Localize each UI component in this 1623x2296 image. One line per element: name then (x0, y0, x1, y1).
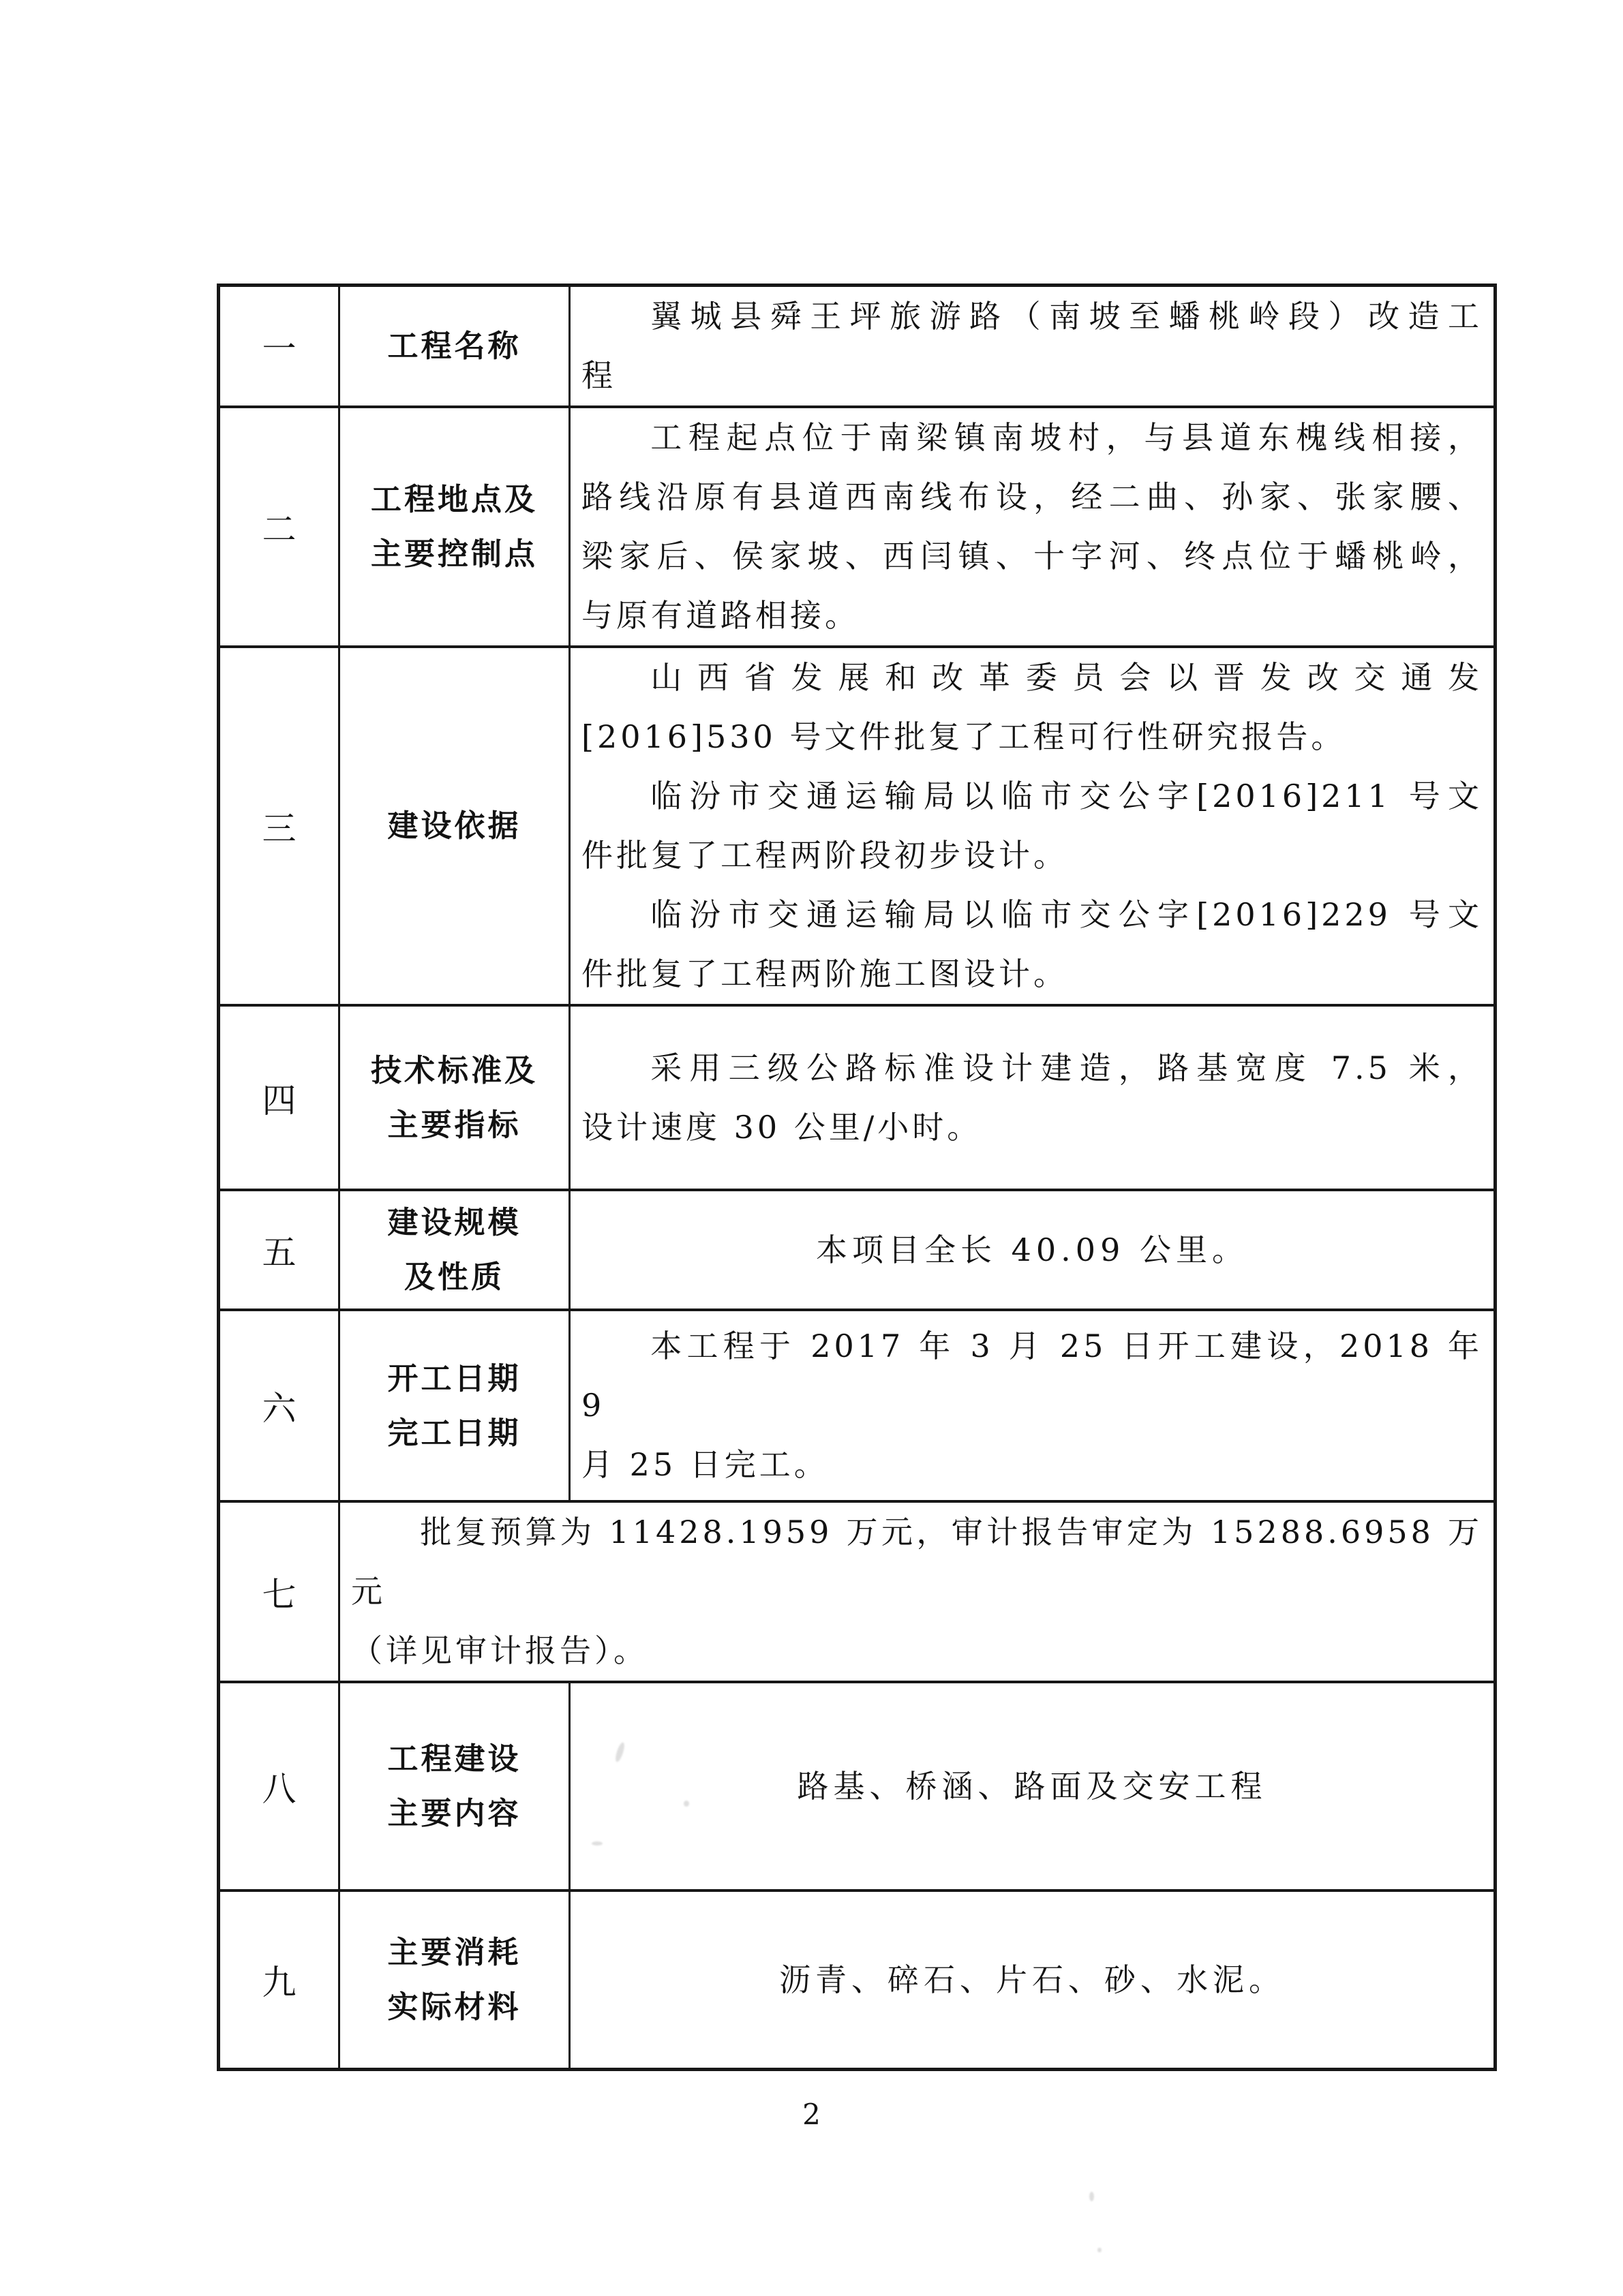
label-line: 主要消耗 (387, 1925, 521, 1980)
content-line: 梁家后、侯家坡、西闫镇、十字河、终点位于蟠桃岭， (581, 527, 1483, 586)
content-line: [2016]530 号文件批复了工程可行性研究报告。 (581, 707, 1483, 767)
content-line: 工程起点位于南梁镇南坡村，与县道东槐线相接， (581, 408, 1483, 468)
row-content: 山西省发展和改革委员会以晋发改交通发 [2016]530 号文件批复了工程可行性… (571, 648, 1493, 1004)
content-line: 程 (581, 346, 1483, 405)
scan-smudge (684, 1801, 689, 1807)
row-ordinal: 九 (220, 1892, 340, 2068)
row-content: 批复预算为 11428.1959 万元，审计报告审定为 15288.6958 万… (340, 1503, 1493, 1681)
row-content: 本工程于 2017 年 3 月 25 日开工建设，2018 年 9 月 25 日… (571, 1311, 1493, 1500)
content-line: 批复预算为 11428.1959 万元，审计报告审定为 15288.6958 万… (351, 1503, 1483, 1621)
content-line: 本项目全长 40.09 公里。 (581, 1221, 1483, 1280)
label-line: 及性质 (404, 1250, 504, 1304)
table-row-9: 九 主要消耗 实际材料 沥青、碎石、片石、砂、水泥。 (220, 1892, 1493, 2068)
label-line: 实际材料 (387, 1980, 521, 2034)
label-line: 主要指标 (387, 1098, 521, 1152)
row-label: 工程名称 (340, 287, 571, 405)
label-line: 技术标准及 (371, 1043, 538, 1098)
row-content: 本项目全长 40.09 公里。 (571, 1191, 1493, 1308)
content-line: 临汾市交通运输局以临市交公字[2016]211 号文 (581, 767, 1483, 826)
row-content: 翼城县舜王坪旅游路（南坡至蟠桃岭段）改造工 程 (571, 287, 1493, 405)
table-row-7: 七 批复预算为 11428.1959 万元，审计报告审定为 15288.6958… (220, 1503, 1493, 1683)
label-line: 开工日期 (387, 1351, 521, 1406)
row-ordinal: 七 (220, 1503, 340, 1681)
content-line: 设计速度 30 公里/小时。 (581, 1098, 1483, 1157)
table-row-1: 一 工程名称 翼城县舜王坪旅游路（南坡至蟠桃岭段）改造工 程 (220, 287, 1493, 408)
content-line: 翼城县舜王坪旅游路（南坡至蟠桃岭段）改造工 (581, 287, 1483, 346)
row-content: 采用三级公路标准设计建造，路基宽度 7.5 米， 设计速度 30 公里/小时。 (571, 1007, 1493, 1189)
row-label: 技术标准及 主要指标 (340, 1007, 571, 1189)
row-label: 工程地点及 主要控制点 (340, 408, 571, 645)
scan-smudge (1097, 2248, 1102, 2252)
scan-smudge (1089, 2192, 1094, 2201)
row-label: 建设规模 及性质 (340, 1191, 571, 1308)
content-line: 件批复了工程两阶施工图设计。 (581, 945, 1483, 1004)
row-content: 沥青、碎石、片石、砂、水泥。 (571, 1892, 1493, 2068)
row-content: 工程起点位于南梁镇南坡村，与县道东槐线相接， 路线沿原有县道西南线布设，经二曲、… (571, 408, 1493, 645)
row-label: 工程建设 主要内容 (340, 1683, 571, 1889)
content-line: 沥青、碎石、片石、砂、水泥。 (581, 1950, 1483, 2010)
project-summary-table: 一 工程名称 翼城县舜王坪旅游路（南坡至蟠桃岭段）改造工 程 二 工程地点及 主… (217, 284, 1497, 2071)
content-line: 路基、桥涵、路面及交安工程 (581, 1757, 1483, 1816)
scan-smudge (592, 1841, 603, 1846)
table-row-8: 八 工程建设 主要内容 路基、桥涵、路面及交安工程 (220, 1683, 1493, 1892)
content-line: 件批复了工程两阶段初步设计。 (581, 826, 1483, 885)
label-line: 工程名称 (387, 319, 521, 373)
row-ordinal: 四 (220, 1007, 340, 1189)
content-line: 山西省发展和改革委员会以晋发改交通发 (581, 648, 1483, 707)
content-line: 本工程于 2017 年 3 月 25 日开工建设，2018 年 9 (581, 1317, 1483, 1435)
row-ordinal: 五 (220, 1191, 340, 1308)
label-line: 工程建设 (387, 1732, 521, 1786)
content-line: （详见审计报告）。 (351, 1621, 1483, 1681)
table-row-3: 三 建设依据 山西省发展和改革委员会以晋发改交通发 [2016]530 号文件批… (220, 648, 1493, 1007)
content-line: 临汾市交通运输局以临市交公字[2016]229 号文 (581, 885, 1483, 945)
label-line: 主要内容 (387, 1786, 521, 1841)
row-ordinal: 八 (220, 1683, 340, 1889)
content-line: 月 25 日完工。 (581, 1435, 1483, 1495)
row-content: 路基、桥涵、路面及交安工程 (571, 1683, 1493, 1889)
label-line: 建设规模 (387, 1195, 521, 1250)
content-line: 路线沿原有县道西南线布设，经二曲、孙家、张家腰、 (581, 468, 1483, 527)
label-line: 工程地点及 (371, 472, 538, 527)
row-label: 主要消耗 实际材料 (340, 1892, 571, 2068)
scanned-document-page: { "page_number": "2", "table": { "rows":… (0, 0, 1623, 2296)
page-number: 2 (0, 2098, 1623, 2131)
label-line: 完工日期 (387, 1406, 521, 1460)
row-label: 建设依据 (340, 648, 571, 1004)
content-line: 采用三级公路标准设计建造，路基宽度 7.5 米， (581, 1039, 1483, 1098)
table-row-2: 二 工程地点及 主要控制点 工程起点位于南梁镇南坡村，与县道东槐线相接， 路线沿… (220, 408, 1493, 648)
content-line: 与原有道路相接。 (581, 586, 1483, 645)
table-row-4: 四 技术标准及 主要指标 采用三级公路标准设计建造，路基宽度 7.5 米， 设计… (220, 1007, 1493, 1191)
row-ordinal: 三 (220, 648, 340, 1004)
row-ordinal: 六 (220, 1311, 340, 1500)
row-ordinal: 二 (220, 408, 340, 645)
row-ordinal: 一 (220, 287, 340, 405)
table-row-6: 六 开工日期 完工日期 本工程于 2017 年 3 月 25 日开工建设，201… (220, 1311, 1493, 1503)
label-line: 主要控制点 (371, 527, 538, 581)
row-label: 开工日期 完工日期 (340, 1311, 571, 1500)
table-row-5: 五 建设规模 及性质 本项目全长 40.09 公里。 (220, 1191, 1493, 1311)
label-line: 建设依据 (387, 799, 521, 853)
